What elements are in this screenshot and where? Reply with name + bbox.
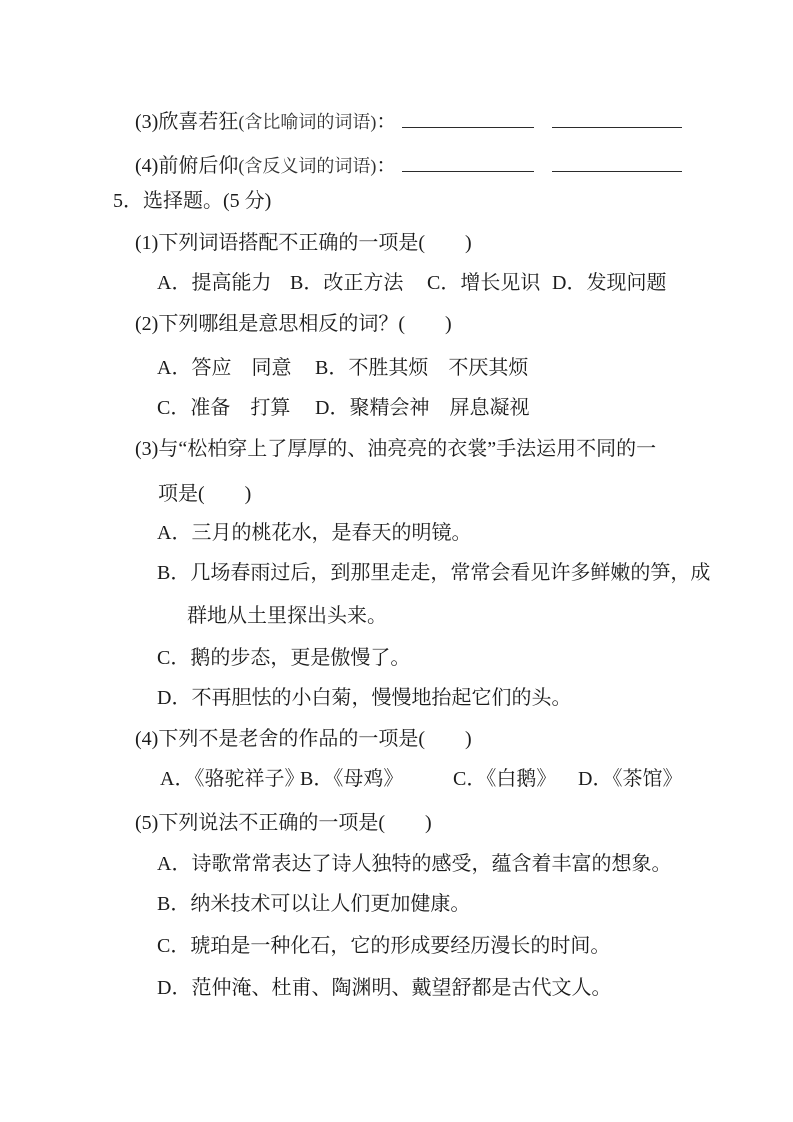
answer-blank xyxy=(552,150,682,172)
text-segment: ： xyxy=(376,111,396,133)
q5-sub5-option-c: C．琥珀是一种化石，它的形成要经历漫长的时间。 xyxy=(0,933,793,960)
text-segment: (2)下列哪组是意思相反的词？( ) xyxy=(135,313,452,335)
q5-sub5-option-b: B．纳米技术可以让人们更加健康。 xyxy=(0,891,793,918)
q5-4-option-a: A．《骆驼祥子》 xyxy=(160,766,304,793)
answer-blank xyxy=(402,150,534,172)
item-3-word-blank: (3)欣喜若狂(含比喻词的词语)： xyxy=(0,106,793,136)
q5-sub5-option-d: D．范仲淹、杜甫、陶渊明、戴望舒都是古代文人。 xyxy=(0,975,793,1002)
hint-simile-word: (含比喻词的词语) xyxy=(238,112,376,132)
q5-2-option-a: A．答应 同意 xyxy=(157,355,291,382)
text-segment: (4)前俯后仰 xyxy=(135,155,238,177)
text-segment: D．范仲淹、杜甫、陶渊明、戴望舒都是古代文人。 xyxy=(157,977,611,999)
text-segment: A．三月的桃花水，是春天的明镜。 xyxy=(157,522,471,544)
question-5-title: 5．选择题。(5 分) xyxy=(113,190,271,212)
item-4-word-blank: (4)前俯后仰(含反义词的词语)： xyxy=(0,150,793,180)
q5-sub3-stem-line2: 项是( ) xyxy=(0,481,793,508)
text-segment: ： xyxy=(376,155,396,177)
q5-sub3-option-c: C．鹅的步态，更是傲慢了。 xyxy=(0,645,793,672)
text-segment: (4)下列不是老舍的作品的一项是( ) xyxy=(135,728,472,750)
q5-sub4-stem: (4)下列不是老舍的作品的一项是( ) xyxy=(0,726,793,753)
q5-sub3-option-b-line1: B．几场春雨过后，到那里走走，常常会看见许多鲜嫩的笋，成 xyxy=(0,560,793,587)
text-segment: C．琥珀是一种化石，它的形成要经历漫长的时间。 xyxy=(157,935,610,957)
q5-sub5-stem: (5)下列说法不正确的一项是( ) xyxy=(0,810,793,837)
q5-2-option-b: B．不胜其烦 不厌其烦 xyxy=(315,355,528,382)
document-page: (3)欣喜若狂(含比喻词的词语)：(4)前俯后仰(含反义词的词语)：5．选择题。… xyxy=(0,0,793,1122)
text-segment: (3)与“松柏穿上了厚厚的、油亮亮的衣裳”手法运用不同的一 xyxy=(135,438,656,460)
text-segment: (3)欣喜若狂 xyxy=(135,111,238,133)
q5-sub3-option-d: D．不再胆怯的小白菊，慢慢地抬起它们的头。 xyxy=(0,685,793,712)
q5-2-option-d: D．聚精会神 屏息凝视 xyxy=(315,395,529,422)
text-segment: (1)下列词语搭配不正确的一项是( ) xyxy=(135,232,472,254)
q5-1-option-a: A．提高能力 xyxy=(157,270,271,297)
q5-sub3-option-b-line2: 群地从土里探出头来。 xyxy=(0,603,793,630)
q5-4-option-d: D．《茶馆》 xyxy=(578,766,682,793)
text-segment: C．鹅的步态，更是傲慢了。 xyxy=(157,647,410,669)
text-segment: 群地从土里探出头来。 xyxy=(187,605,387,627)
text-segment: (5)下列说法不正确的一项是( ) xyxy=(135,812,432,834)
q5-4-option-b: B．《母鸡》 xyxy=(300,766,403,793)
q5-4-option-c: C．《白鹅》 xyxy=(453,766,556,793)
question-5-heading: 5．选择题。(5 分) xyxy=(0,188,793,215)
q5-2-option-c: C．准备 打算 xyxy=(157,395,290,422)
text-segment: D．不再胆怯的小白菊，慢慢地抬起它们的头。 xyxy=(157,687,571,709)
text-segment: A．诗歌常常表达了诗人独特的感受，蕴含着丰富的想象。 xyxy=(157,853,671,875)
q5-1-option-c: C．增长见识 xyxy=(427,270,540,297)
q5-sub3-stem-line1: (3)与“松柏穿上了厚厚的、油亮亮的衣裳”手法运用不同的一 xyxy=(0,436,793,463)
q5-sub1-stem: (1)下列词语搭配不正确的一项是( ) xyxy=(0,230,793,257)
text-segment: B．纳米技术可以让人们更加健康。 xyxy=(157,893,470,915)
q5-sub3-option-a: A．三月的桃花水，是春天的明镜。 xyxy=(0,520,793,547)
q5-sub5-option-a: A．诗歌常常表达了诗人独特的感受，蕴含着丰富的想象。 xyxy=(0,851,793,878)
text-segment: 项是( ) xyxy=(158,483,251,505)
q5-sub2-stem: (2)下列哪组是意思相反的词？( ) xyxy=(0,311,793,338)
answer-blank xyxy=(402,106,534,128)
q5-1-option-b: B．改正方法 xyxy=(290,270,403,297)
hint-antonym-word: (含反义词的词语) xyxy=(238,156,376,176)
answer-blank xyxy=(552,106,682,128)
q5-1-option-d: D．发现问题 xyxy=(552,270,666,297)
text-segment: B．几场春雨过后，到那里走走，常常会看见许多鲜嫩的笋，成 xyxy=(157,562,710,584)
